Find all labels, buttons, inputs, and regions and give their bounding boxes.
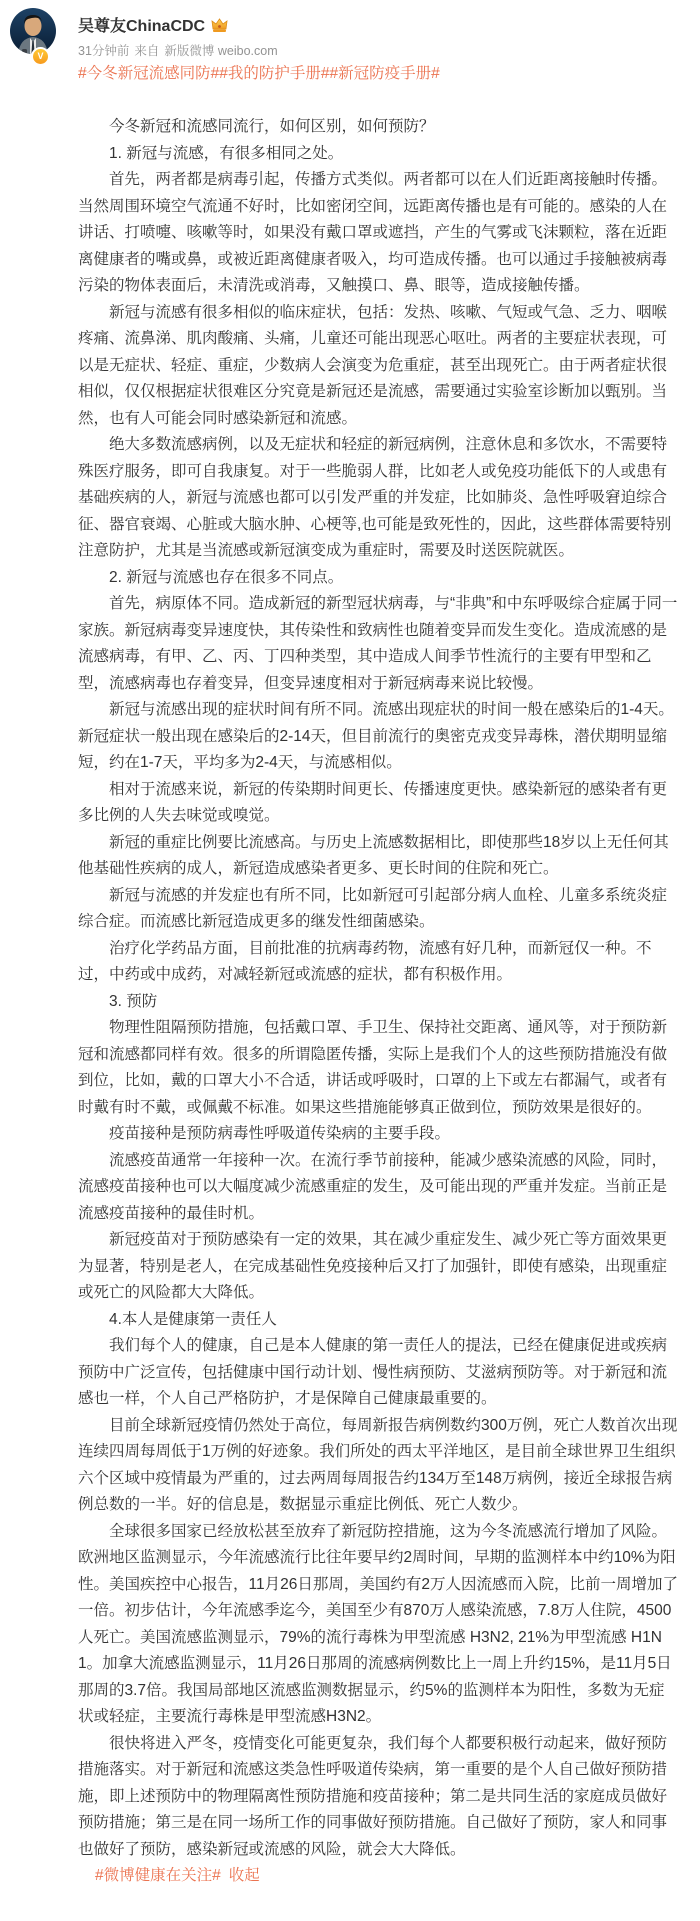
post-paragraph: 绝大多数流感病例，以及无症状和轻症的新冠病例，注意休息和多饮水，不需要特殊医疗服… [78,432,678,565]
verified-v-icon: V [31,47,50,66]
blank-line [78,88,678,115]
post-paragraph: 全球很多国家已经放松甚至放弃了新冠防控措施，这为今冬流感流行增加了风险。欧洲地区… [78,1519,678,1731]
collapse-button[interactable]: 收起 [229,1863,260,1890]
post-source-link[interactable]: 新版微博 weibo.com [164,41,277,59]
post-paragraph: 新冠与流感有很多相似的临床症状，包括：发热、咳嗽、气短或气急、乏力、咽喉疼痛、流… [78,300,678,433]
author-name[interactable]: 吴尊友ChinaCDC [78,13,205,36]
post-paragraph: 目前全球新冠疫情仍然处于高位，每周新报告病例数约300万例，死亡人数首次出现连续… [78,1413,678,1519]
post-paragraph: 我们每个人的健康，自己是本人健康的第一责任人的提法，已经在健康促进或疾病预防中广… [78,1333,678,1413]
post-paragraph: 2. 新冠与流感也存在很多不同点。 [78,565,678,592]
post-footer: #微博健康在关注# 收起 [78,1863,678,1890]
hashtag-link[interactable]: #我的防护手册# [219,65,329,82]
avatar-photo [10,8,56,54]
post-paragraph: 新冠的重症比例要比流感高。与历史上流感数据相比，即使那些18岁以上无任何其他基础… [78,830,678,883]
post-time: 31分钟前 [78,41,129,59]
post-body: #今冬新冠流感同防##我的防护手册##新冠防疫手册# 今冬新冠和流感同流行，如何… [78,61,678,1890]
post-paragraph: 相对于流感来说，新冠的传染期时间更长、传播速度更快。感染新冠的感染者有更多比例的… [78,777,678,830]
from-label: 来自 [134,41,159,59]
post-paragraph: 首先，两者都是病毒引起，传播方式类似。两者都可以在人们近距离接触时传播。当然周围… [78,167,678,300]
hashtag-link[interactable]: #今冬新冠流感同防# [78,65,219,82]
weibo-post: { "author": { "name": "吴尊友ChinaCDC", "ve… [0,0,700,1921]
post-paragraph: 新冠与流感出现的症状时间有所不同。流感出现症状的时间一般在感染后的1-4天。新冠… [78,697,678,777]
post-paragraph: 今冬新冠和流感同流行，如何区别，如何预防？ [78,114,678,141]
post-paragraph: 4.本人是健康第一责任人 [78,1307,678,1334]
hashtag-link[interactable]: #微博健康在关注# [95,1863,221,1890]
post-paragraph: 3. 预防 [78,989,678,1016]
hashtag-link[interactable]: #新冠防疫手册# [330,65,440,82]
post-paragraph: 流感疫苗通常一年接种一次。在流行季节前接种，能减少感染流感的风险，同时，流感疫苗… [78,1148,678,1228]
post-paragraph: 物理性阻隔预防措施，包括戴口罩、手卫生、保持社交距离、通风等，对于预防新冠和流感… [78,1015,678,1121]
post-paragraph: 首先，病原体不同。造成新冠的新型冠状病毒，与“非典”和中东呼吸综合症属于同一家族… [78,591,678,697]
post-meta: 31分钟前 来自 新版微博 weibo.com [78,41,278,59]
post-paragraph: 1. 新冠与流感，有很多相同之处。 [78,141,678,168]
post-paragraph: 治疗化学药品方面，目前批准的抗病毒药物，流感有好几种，而新冠仅一种。不过，中药或… [78,936,678,989]
hashtag-line: #今冬新冠流感同防##我的防护手册##新冠防疫手册# [78,61,678,88]
post-paragraph: 新冠与流感的并发症也有所不同，比如新冠可引起部分病人血栓、儿童多系统炎症综合症。… [78,883,678,936]
vip-crown-icon [211,17,228,33]
post-paragraph: 新冠疫苗对于预防感染有一定的效果，其在减少重症发生、减少死亡等方面效果更为显著，… [78,1227,678,1307]
user-avatar[interactable]: V [10,8,56,54]
post-paragraph: 很快将进入严冬，疫情变化可能更复杂，我们每个人都要积极行动起来，做好预防措施落实… [78,1731,678,1864]
post-paragraph: 疫苗接种是预防病毒性呼吸道传染病的主要手段。 [78,1121,678,1148]
